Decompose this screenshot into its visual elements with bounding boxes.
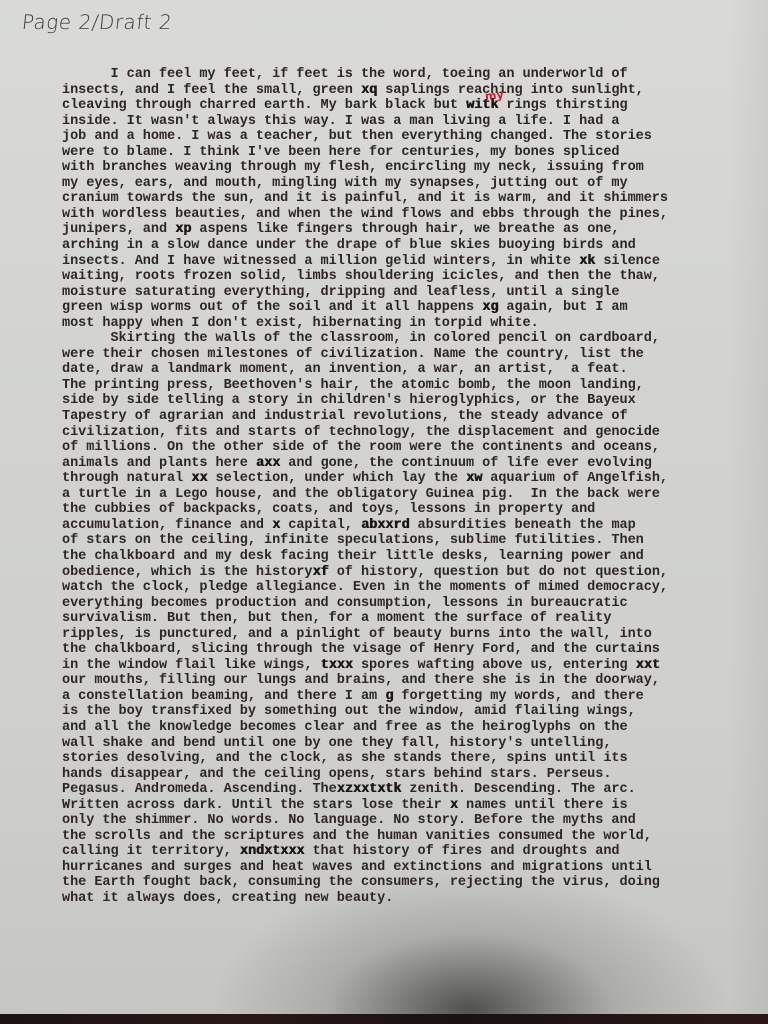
overstrike-mark: txxx bbox=[321, 658, 353, 673]
overstrike-mark: abxxrd bbox=[361, 518, 409, 533]
overstrike-mark: xk bbox=[579, 254, 595, 269]
text-line: most happy when I don't exist, hibernati… bbox=[62, 316, 722, 332]
overstrike-mark: x bbox=[272, 518, 280, 533]
text-line: what it always does, creating new beauty… bbox=[62, 891, 722, 907]
text-line: a turtle in a Lego house, and the obliga… bbox=[62, 487, 722, 503]
text-line: is the boy transfixed by something out t… bbox=[62, 704, 722, 720]
text-line: and all the knowledge becomes clear and … bbox=[62, 720, 722, 736]
text-line: of stars on the ceiling, infinite specul… bbox=[62, 533, 722, 549]
text-line: obedience, which is the historyxf of his… bbox=[62, 565, 722, 581]
overstrike-mark: xp bbox=[175, 222, 191, 237]
text-line: only the shimmer. No words. No language.… bbox=[62, 813, 722, 829]
text-line: hands disappear, and the ceiling opens, … bbox=[62, 767, 722, 783]
text-line: our mouths, filling our lungs and brains… bbox=[62, 673, 722, 689]
text-line: the cubbies of backpacks, coats, and toy… bbox=[62, 502, 722, 518]
text-line: survivalism. But then, but then, for a m… bbox=[62, 611, 722, 627]
text-line: Tapestry of agrarian and industrial revo… bbox=[62, 409, 722, 425]
text-line: with branches weaving through my flesh, … bbox=[62, 160, 722, 176]
page-shadow bbox=[728, 0, 768, 1014]
overstrike-mark: xndxtxxx bbox=[240, 844, 305, 859]
text-line: moisture saturating everything, dripping… bbox=[62, 285, 722, 301]
text-line: my eyes, ears, and mouth, mingling with … bbox=[62, 176, 722, 192]
overstrike-mark: xw bbox=[466, 471, 482, 486]
text-line: ripples, is punctured, and a pinlight of… bbox=[62, 627, 722, 643]
text-line: inside. It wasn't always this way. I was… bbox=[62, 114, 722, 130]
text-line: stories desolving, and the clock, as she… bbox=[62, 751, 722, 767]
text-line: junipers, and xp aspens like fingers thr… bbox=[62, 222, 722, 238]
text-line: side by side telling a story in children… bbox=[62, 393, 722, 409]
text-line: through natural xx selection, under whic… bbox=[62, 471, 722, 487]
overstrike-mark: xzxxtxtk bbox=[337, 782, 402, 797]
text-line: in the window flail like wings, txxx spo… bbox=[62, 658, 722, 674]
text-line: everything becomes production and consum… bbox=[62, 596, 722, 612]
text-line: wall shake and bend until one by one the… bbox=[62, 736, 722, 752]
text-line: were to blame. I think I've been here fo… bbox=[62, 145, 722, 161]
overstrike-mark: xxt bbox=[636, 658, 660, 673]
typewritten-page: Page 2/Draft 2 I can feel my feet, if fe… bbox=[0, 0, 768, 1014]
text-line: a constellation beaming, and there I am … bbox=[62, 689, 722, 705]
text-line: arching in a slow dance under the drape … bbox=[62, 238, 722, 254]
text-line: insects, and I feel the small, green xq … bbox=[62, 83, 722, 99]
text-line: cleaving through charred earth. My bark … bbox=[62, 98, 722, 114]
text-line: I can feel my feet, if feet is the word,… bbox=[62, 67, 722, 83]
text-line: accumulation, finance and x capital, abx… bbox=[62, 518, 722, 534]
text-line: animals and plants here axx and gone, th… bbox=[62, 456, 722, 472]
text-line: job and a home. I was a teacher, but the… bbox=[62, 129, 722, 145]
text-line: Written across dark. Until the stars los… bbox=[62, 798, 722, 814]
desk-surface bbox=[0, 1014, 768, 1024]
typed-body-text: I can feel my feet, if feet is the word,… bbox=[62, 67, 722, 907]
text-line: green wisp worms out of the soil and it … bbox=[62, 300, 722, 316]
text-line: Skirting the walls of the classroom, in … bbox=[62, 331, 722, 347]
text-line: the Earth fought back, consuming the con… bbox=[62, 875, 722, 891]
page-draft-label: Page 2/Draft 2 bbox=[21, 10, 174, 34]
red-correction-insertion: my bbox=[484, 88, 504, 103]
text-line: the chalkboard, slicing through the visa… bbox=[62, 642, 722, 658]
overstrike-mark: xf bbox=[312, 565, 328, 580]
overstrike-mark: axx bbox=[256, 456, 280, 471]
overstrike-mark: x bbox=[450, 798, 458, 813]
text-line: watch the clock, pledge allegiance. Even… bbox=[62, 580, 722, 596]
text-line: date, draw a landmark moment, an inventi… bbox=[62, 362, 722, 378]
text-line: the chalkboard and my desk facing their … bbox=[62, 549, 722, 565]
text-line: insects. And I have witnessed a million … bbox=[62, 254, 722, 270]
text-line: were their chosen milestones of civiliza… bbox=[62, 347, 722, 363]
text-line: Pegasus. Andromeda. Ascending. Thexzxxtx… bbox=[62, 782, 722, 798]
overstrike-mark: xq bbox=[361, 83, 377, 98]
text-line: cranium towards the sun, and it is painf… bbox=[62, 191, 722, 207]
text-line: the scrolls and the scriptures and the h… bbox=[62, 829, 722, 845]
overstrike-mark: xg bbox=[482, 300, 498, 315]
text-line: with wordless beauties, and when the win… bbox=[62, 207, 722, 223]
text-line: waiting, roots frozen solid, limbs shoul… bbox=[62, 269, 722, 285]
text-line: The printing press, Beethoven's hair, th… bbox=[62, 378, 722, 394]
text-line: of millions. On the other side of the ro… bbox=[62, 440, 722, 456]
text-line: calling it territory, xndxtxxx that hist… bbox=[62, 844, 722, 860]
text-line: hurricanes and surges and heat waves and… bbox=[62, 860, 722, 876]
overstrike-mark: xx bbox=[191, 471, 207, 486]
text-line: civilization, fits and starts of technol… bbox=[62, 425, 722, 441]
